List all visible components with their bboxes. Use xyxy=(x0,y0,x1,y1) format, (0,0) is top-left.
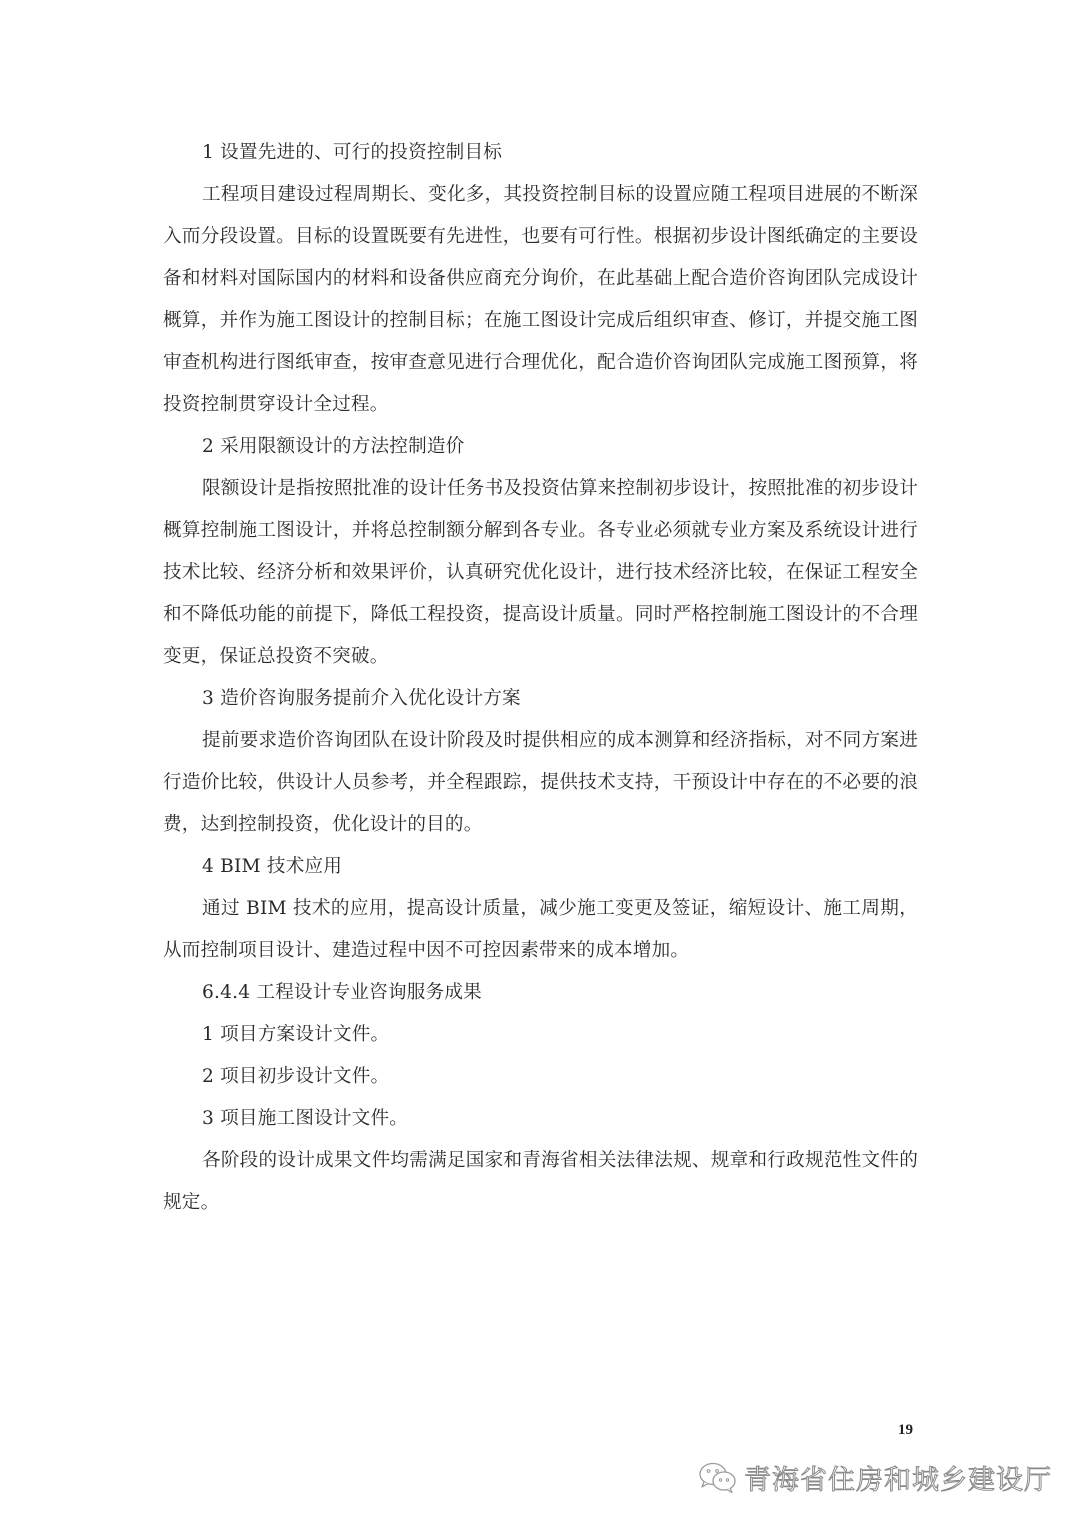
subsection-heading-6-4-4: 6.4.4 工程设计专业咨询服务成果 xyxy=(163,972,918,1014)
section-heading-2: 2 采用限额设计的方法控制造价 xyxy=(163,426,918,468)
watermark-text: 青海省住房和城乡建设厅 xyxy=(744,1458,1052,1497)
section-heading-4: 4 BIM 技术应用 xyxy=(163,846,918,888)
deliverable-item-1: 1 项目方案设计文件。 xyxy=(163,1014,918,1056)
body-paragraph-4: 通过 BIM 技术的应用，提高设计质量，减少施工变更及签证，缩短设计、施工周期，… xyxy=(163,888,918,972)
body-paragraph-1: 工程项目建设过程周期长、变化多，其投资控制目标的设置应随工程项目进展的不断深入而… xyxy=(163,174,918,426)
wechat-icon xyxy=(698,1462,738,1494)
document-page: 1 设置先进的、可行的投资控制目标 工程项目建设过程周期长、变化多，其投资控制目… xyxy=(163,132,918,1224)
deliverable-item-2: 2 项目初步设计文件。 xyxy=(163,1056,918,1098)
deliverable-item-3: 3 项目施工图设计文件。 xyxy=(163,1098,918,1140)
watermark: 青海省住房和城乡建设厅 xyxy=(698,1458,1052,1497)
section-heading-1: 1 设置先进的、可行的投资控制目标 xyxy=(163,132,918,174)
section-heading-3: 3 造价咨询服务提前介入优化设计方案 xyxy=(163,678,918,720)
body-paragraph-2: 限额设计是指按照批准的设计任务书及投资估算来控制初步设计，按照批准的初步设计概算… xyxy=(163,468,918,678)
body-paragraph-5: 各阶段的设计成果文件均需满足国家和青海省相关法律法规、规章和行政规范性文件的规定… xyxy=(163,1140,918,1224)
body-paragraph-3: 提前要求造价咨询团队在设计阶段及时提供相应的成本测算和经济指标，对不同方案进行造… xyxy=(163,720,918,846)
page-number: 19 xyxy=(898,1422,913,1439)
